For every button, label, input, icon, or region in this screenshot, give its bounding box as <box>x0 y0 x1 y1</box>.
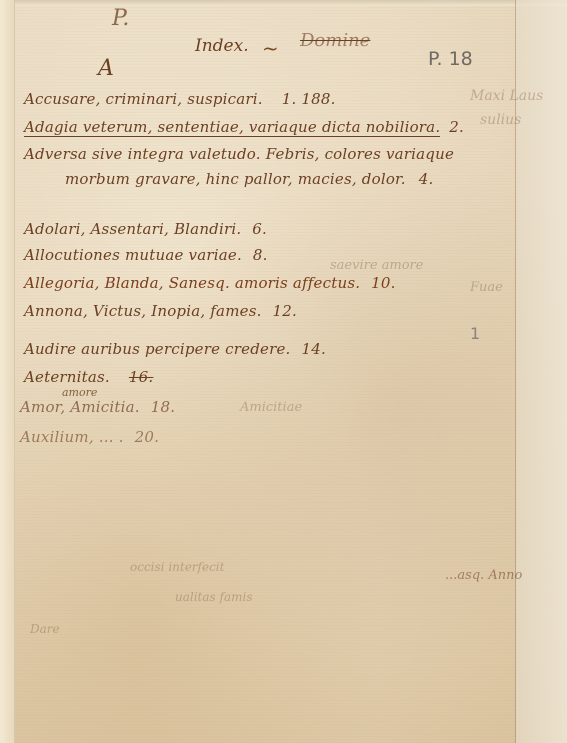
struck-word: Domine <box>300 30 370 51</box>
page-top-edge <box>0 0 567 6</box>
index-entry: Adversa sive integra valetudo. Febris, c… <box>24 145 454 163</box>
index-entry: Allegoria, Blanda, Sanesq. amoris affect… <box>24 274 396 292</box>
page-binding-edge <box>0 0 15 743</box>
index-entry: Adolari, Assentari, Blandiri. 6. <box>24 220 267 238</box>
index-entry: Audire auribus percipere credere. 14. <box>24 340 326 358</box>
index-entry: Amor, Amicitia. 18. <box>20 398 175 416</box>
page-title: Index. <box>195 36 249 56</box>
index-entry: Annona, Victus, Inopia, fames. 12. <box>24 302 297 320</box>
index-entry: Auxilium, ... . 20. <box>20 428 159 446</box>
bleed-through-text: ualitas famis <box>175 590 252 604</box>
bleed-through-text: Maxi Laus <box>470 88 543 104</box>
bleed-through-signature: ...asq. Anno <box>445 568 522 583</box>
index-entry: Adagia veterum, sententiae, variaque dic… <box>24 118 464 136</box>
page-right-margin-strip <box>516 0 567 743</box>
bleed-through-text: Dare <box>30 622 60 636</box>
index-entry: Allocutiones mutuae variae. 8. <box>24 246 268 264</box>
bleed-through-text: saevire amore <box>330 258 423 273</box>
top-mark: P. <box>112 6 129 31</box>
section-letter: A <box>98 56 114 81</box>
margin-pencil-number: 1 <box>470 324 480 343</box>
bleed-through-text: sulius <box>480 112 521 128</box>
bleed-through-text: occisi interfecit <box>130 560 224 574</box>
pencil-folio-number: P. 18 <box>428 48 473 70</box>
index-entry: Aeternitas. 16. <box>24 368 153 386</box>
index-entry: Accusare, criminari, suspicari. 1. 188. <box>24 90 336 108</box>
manuscript-page: Maxi Laus sulius saevire amore Fuae Amic… <box>0 0 567 743</box>
bleed-through-text: Amicitiae <box>240 400 302 415</box>
bleed-through-text: Fuae <box>470 280 503 295</box>
title-flourish: ~ <box>262 36 279 60</box>
index-entry-continuation: morbum gravare, hinc pallor, macies, dol… <box>65 170 433 188</box>
